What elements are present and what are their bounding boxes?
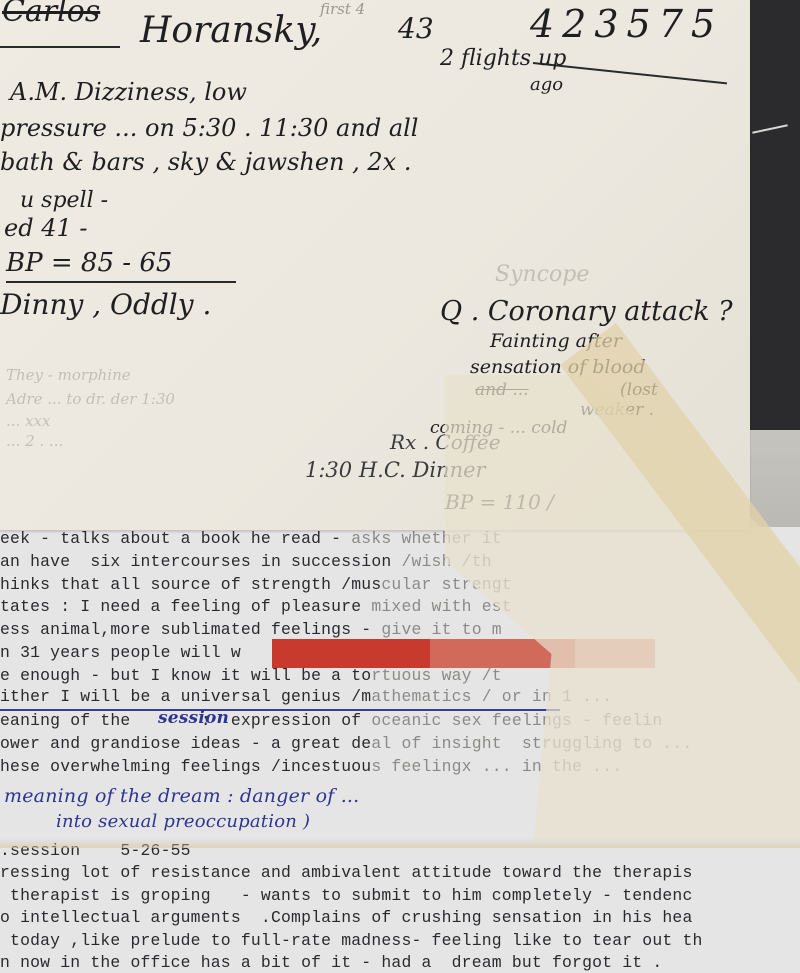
blood-pressure: BP = 85 - 65 (6, 248, 172, 278)
dark-backing-board (750, 0, 800, 430)
handwritten-dream-note: meaning of the dream : danger of ... (4, 785, 359, 807)
pencil-heading-syncope: Syncope (495, 262, 589, 287)
transcript-line: n 31 years people will w (0, 643, 241, 663)
patient-surname: Horansky, (140, 10, 322, 51)
transcript-line: hinks that all source of strength /muscu… (0, 575, 512, 595)
handwritten-dream-note-2: into sexual preoccupation ) (56, 811, 310, 832)
sub-note: 2 flights up (440, 46, 566, 71)
note-line: bath & bars , sky & jawshen , 2x . (0, 148, 411, 176)
archival-document-photo: eek - talks about a book he read - asks … (0, 0, 800, 973)
pencil-note: They - morphine (6, 366, 131, 384)
diagnosis-question: Q . Coronary attack ? (440, 296, 733, 327)
transcript-line: e enough - but I know it will be a tortu… (0, 666, 502, 686)
note-line: u spell - (20, 188, 108, 213)
bp-underline (6, 281, 236, 283)
note-line: pressure ... on 5:30 . 11:30 and all (0, 114, 418, 142)
crossed-out-name: Carlos (2, 0, 100, 29)
note-line: ed 41 - (4, 214, 87, 242)
transcript-line: ressing lot of resistance and ambivalent… (0, 863, 692, 883)
transcript-line: tates : I need a feeling of pleasure mix… (0, 597, 512, 617)
transcript-line: therapist is groping - wants to submit t… (0, 886, 692, 906)
transcript-line: an have six intercourses in succession /… (0, 552, 492, 572)
transcript-line: n now in the office has a bit of it - ha… (0, 953, 662, 973)
red-strip-solid (272, 639, 430, 668)
handwritten-session-correction: session (158, 708, 229, 728)
note-line: A.M. Dizziness, low (10, 78, 247, 106)
patient-age: 43 (398, 12, 434, 45)
pencil-note: ... xxx (6, 412, 50, 430)
transcript-line: ess animal,more sublimated feelings - gi… (0, 620, 502, 640)
transcript-line: o intellectual arguments .Complains of c… (0, 908, 692, 928)
pencil-note: ... 2 . ... (6, 432, 63, 450)
name-underline (0, 46, 120, 48)
transcript-line: eek - talks about a book he read - asks … (0, 529, 502, 549)
sub-note-2: ago (530, 74, 563, 95)
transcript-line: hese overwhelming feelings /incestuous f… (0, 757, 622, 777)
note-line: Dinny , Oddly . (0, 288, 211, 321)
tape-bottom-edge (0, 838, 800, 848)
transcript-line: today ,like prelude to full-rate madness… (0, 931, 703, 951)
pencil-note-top: first 4 (320, 0, 365, 18)
pencil-note: Adre ... to dr. der 1:30 (6, 390, 175, 408)
transcript-line: ither I will be a universal genius /math… (0, 687, 612, 707)
record-number: 423575 (530, 2, 723, 46)
